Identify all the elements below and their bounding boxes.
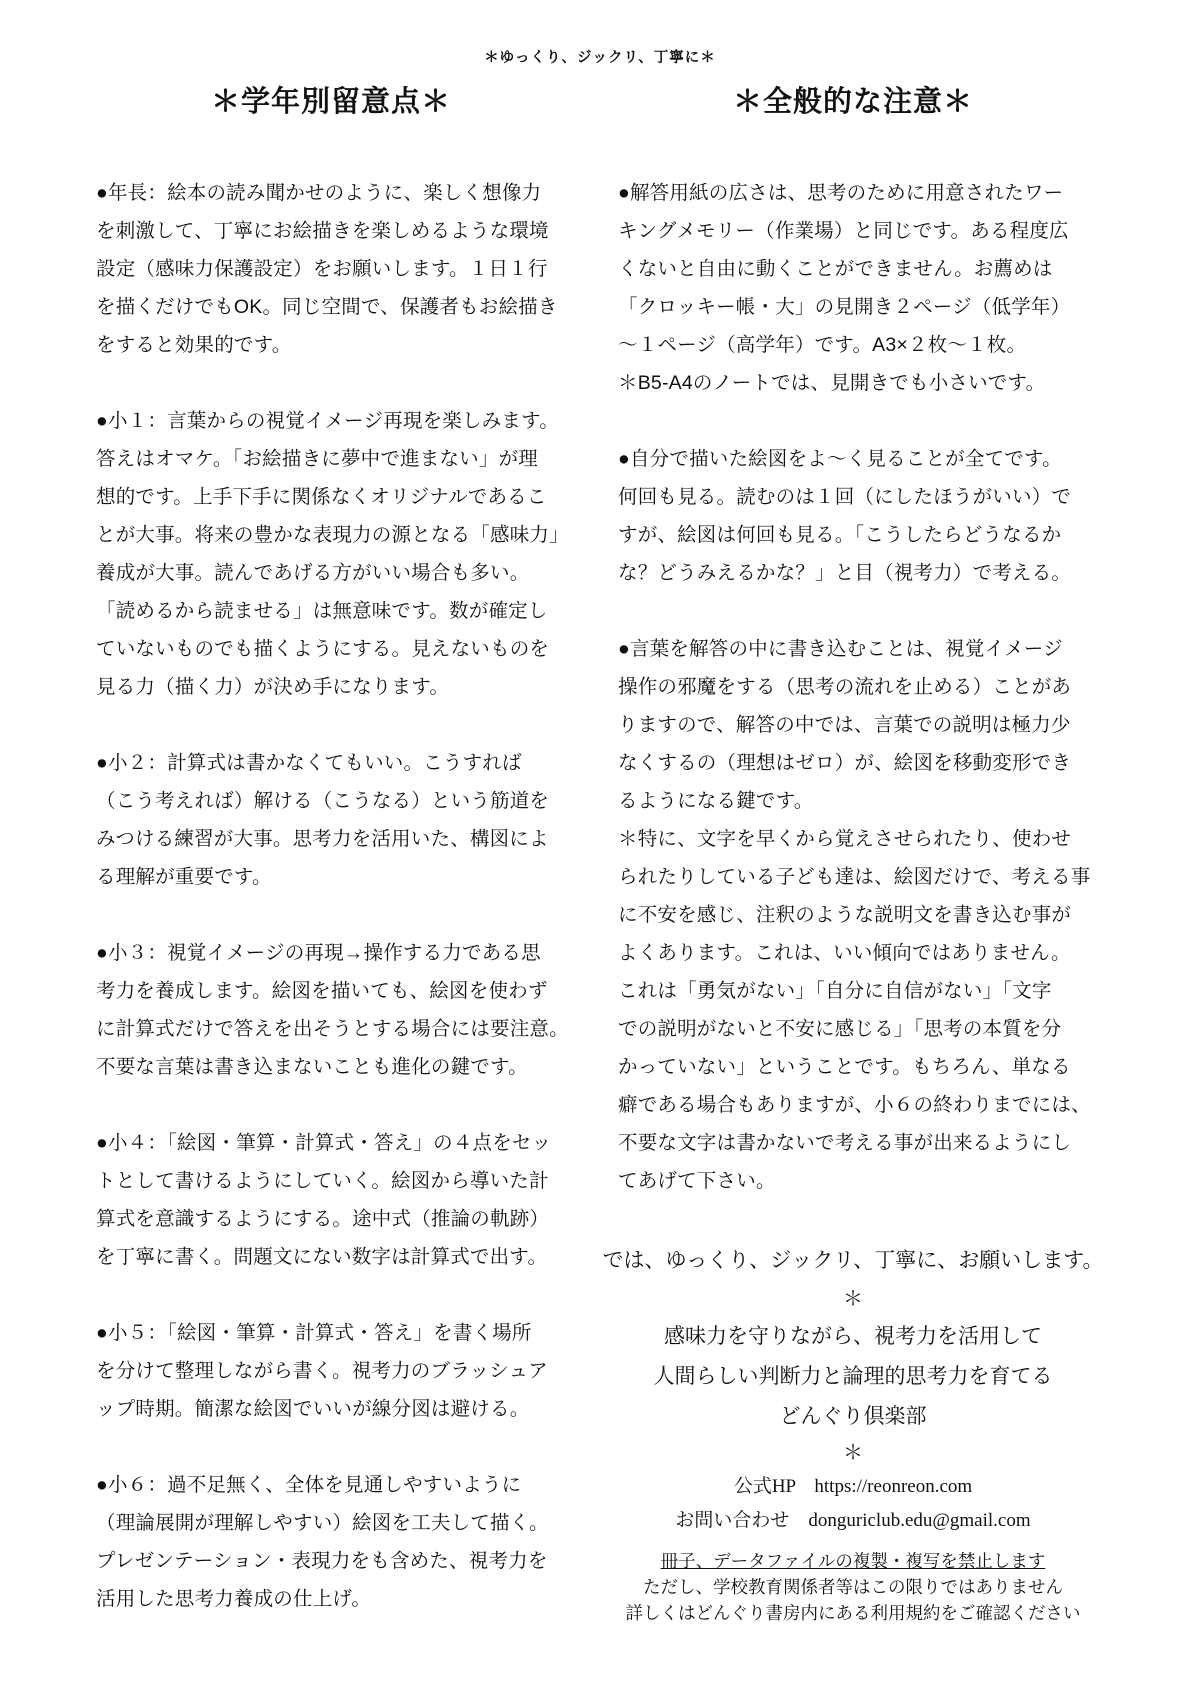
grade-notes-column: ＊学年別留意点＊ ●年長：絵本の読み聞かせのように、楽しく想像力 を刺激して、丁… (96, 80, 566, 1656)
para-sho6: ●小６：過不足無く、全体を見通しやすいように （理論展開が理解しやすい）絵図を工… (96, 1466, 566, 1618)
legal-line-copy-prohibited: 冊子、データファイルの複製・複写を禁止します (588, 1548, 1118, 1574)
document-page: ＊ゆっくり、ジックリ、丁寧に＊ ＊学年別留意点＊ ●年長：絵本の読み聞かせのよう… (0, 0, 1200, 1702)
grade-notes-title: ＊学年別留意点＊ (96, 80, 566, 124)
asterisk-separator: ＊ (588, 1436, 1118, 1470)
para-sho1: ●小１：言葉からの視覚イメージ再現を楽しみます。 答えはオマケ。「お絵描きに夢中… (96, 402, 566, 706)
legal-notice: 冊子、データファイルの複製・複写を禁止します ただし、学校教育関係者等はこの限り… (588, 1548, 1118, 1626)
closing-line: では、ゆっくり、ジックリ、丁寧に、お願いします。 (588, 1238, 1118, 1282)
asterisk-separator: ＊ (588, 1282, 1118, 1316)
general-cautions-title: ＊全般的な注意＊ (618, 80, 1088, 124)
legal-line-terms: 詳しくはどんぐり書房内にある利用規約をご確認ください (588, 1600, 1118, 1626)
para-look-at-drawings: ●自分で描いた絵図をよ〜く見ることが全てです。 何回も見る。読むのは１回（にした… (618, 440, 1088, 592)
legal-line-exception: ただし、学校教育関係者等はこの限りではありません (588, 1574, 1118, 1600)
document-footer: では、ゆっくり、ジックリ、丁寧に、お願いします。 ＊ 感味力を守りながら、視考力… (588, 1238, 1118, 1626)
para-answer-sheet-size: ●解答用紙の広さは、思考のために用意されたワー キングメモリー（作業場）と同じで… (618, 174, 1088, 402)
page-motto: ＊ゆっくり、ジックリ、丁寧に＊ (0, 46, 1200, 67)
tagline-line-1: 感味力を守りながら、視考力を活用して (588, 1316, 1118, 1356)
official-site-line: 公式HP https://reonreon.com (588, 1470, 1118, 1504)
para-sho5: ●小５：「絵図・筆算・計算式・答え」を書く場所 を分けて整理しながら書く。視考力… (96, 1314, 566, 1428)
organization-name: どんぐり倶楽部 (588, 1396, 1118, 1436)
para-nencho: ●年長：絵本の読み聞かせのように、楽しく想像力 を刺激して、丁寧にお絵描きを楽し… (96, 174, 566, 364)
para-sho3: ●小３：視覚イメージの再現→操作する力である思 考力を養成します。絵図を描いても… (96, 934, 566, 1086)
contact-email-line: お問い合わせ donguriclub.edu@gmail.com (588, 1504, 1118, 1538)
general-cautions-column: ＊全般的な注意＊ ●解答用紙の広さは、思考のために用意されたワー キングメモリー… (618, 80, 1088, 1626)
tagline-line-2: 人間らしい判断力と論理的思考力を育てる (588, 1356, 1118, 1396)
para-sho4: ●小４：「絵図・筆算・計算式・答え」の４点をセッ トとして書けるようにしていく。… (96, 1124, 566, 1276)
para-words-in-answers: ●言葉を解答の中に書き込むことは、視覚イメージ 操作の邪魔をする（思考の流れを止… (618, 630, 1088, 1200)
para-sho2: ●小２：計算式は書かなくてもいい。こうすれば （こう考えれば）解ける（こうなる）… (96, 744, 566, 896)
